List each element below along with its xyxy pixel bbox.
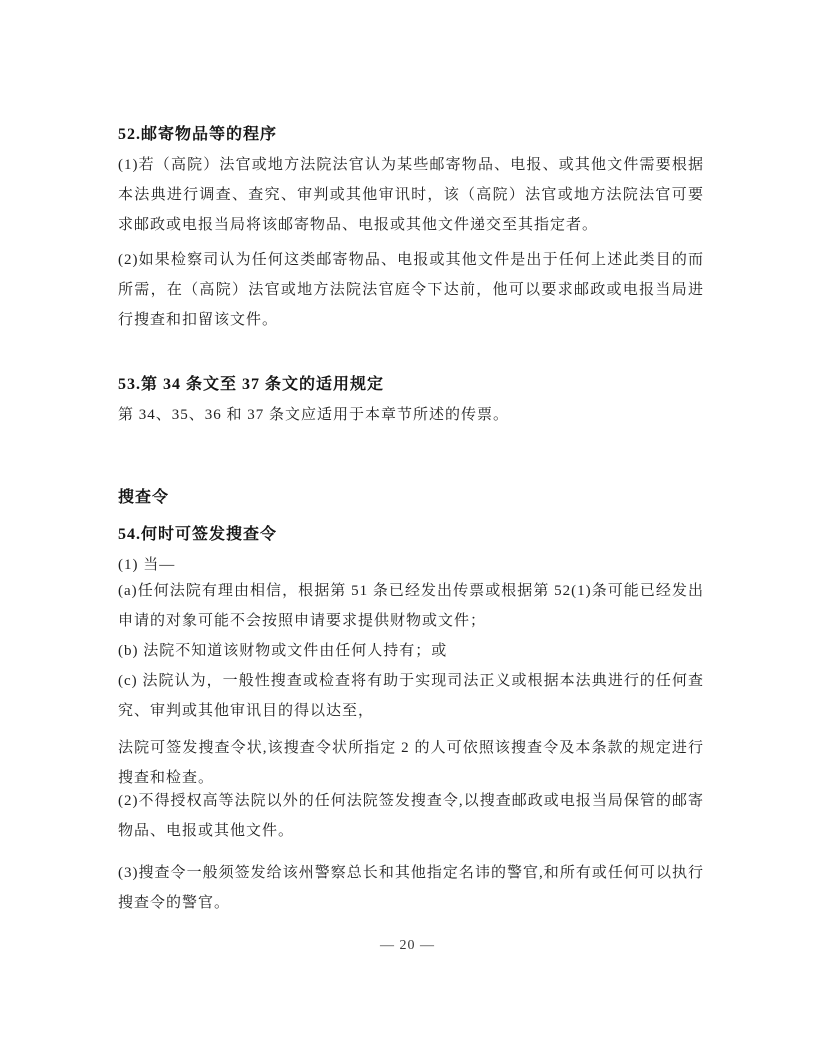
section-54-paragraph-3: (3)搜查令一般须签发给该州警察总长和其他指定名讳的警官,和所有或任何可以执行搜…: [118, 858, 704, 918]
section-54-paragraph-2: (2)不得授权高等法院以外的任何法院签发搜查令,以搜查邮政或电报当局保管的邮寄物…: [118, 786, 704, 846]
section-54-paragraph-c: (c) 法院认为，一般性搜查或检查将有助于实现司法正义或根据本法典进行的任何查究…: [118, 666, 704, 726]
section-52-heading: 52.邮寄物品等的程序: [118, 120, 277, 150]
document-page: 52.邮寄物品等的程序 (1)若（高院）法官或地方法院法官认为某些邮寄物品、电报…: [0, 0, 815, 1055]
page-number: — 20 —: [0, 938, 815, 954]
section-53-heading: 53.第 34 条文至 37 条文的适用规定: [118, 370, 384, 400]
search-warrant-subheading: 搜查令: [118, 483, 169, 513]
section-54-paragraph-b: (b) 法院不知道该财物或文件由任何人持有；或: [118, 636, 704, 666]
section-54-paragraph-closing: 法院可签发搜查令状,该搜查令状所指定 2 的人可依照该搜查令及本条款的规定进行搜…: [118, 733, 704, 793]
section-53-paragraph-1: 第 34、35、36 和 37 条文应适用于本章节所述的传票。: [118, 400, 704, 430]
section-52-paragraph-2: (2)如果检察司认为任何这类邮寄物品、电报或其他文件是出于任何上述此类目的而所需…: [118, 245, 704, 335]
section-54-paragraph-a: (a)任何法院有理由相信，根据第 51 条已经发出传票或根据第 52(1)条可能…: [118, 576, 704, 636]
section-52-paragraph-1: (1)若（高院）法官或地方法院法官认为某些邮寄物品、电报、或其他文件需要根据本法…: [118, 150, 704, 240]
section-54-heading: 54.何时可签发搜查令: [118, 520, 277, 550]
